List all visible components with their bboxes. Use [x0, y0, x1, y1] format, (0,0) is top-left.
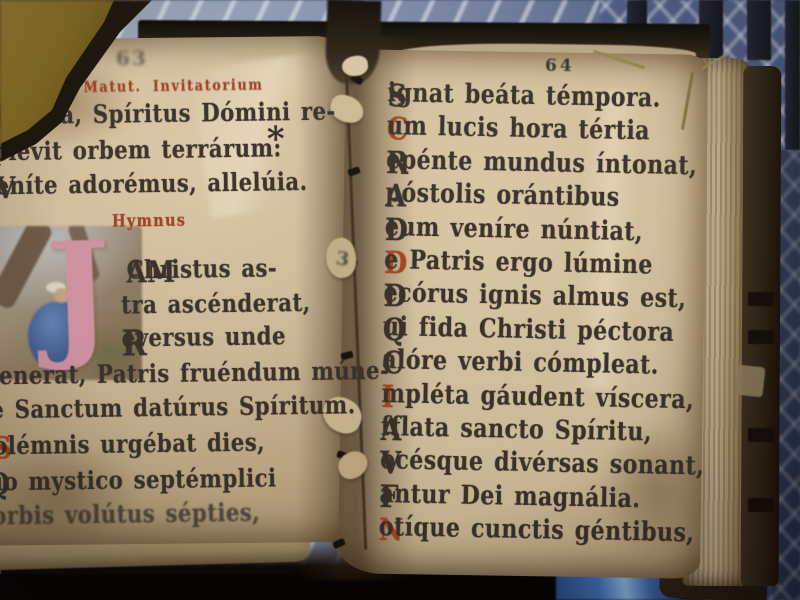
page-number-right: 64 [545, 56, 575, 76]
line-text: mpléta gáudent víscera, [381, 379, 694, 415]
line-text: eversus unde [121, 321, 286, 352]
line-text: olémnis urgébat dies, [0, 428, 265, 461]
line-text: póstolis orántibus [385, 178, 620, 213]
furniture-leg [747, 0, 771, 60]
line-text: e Patris ergo lúmine [384, 245, 653, 280]
line-text: alóre verbi cómpleat. [382, 345, 659, 381]
hymn-line: tra ascénderat, [121, 288, 311, 320]
hymn-line: venerat, Patris fruéndum múne- [0, 356, 389, 391]
photograph-open-antique-hymnal: J Ad Matut. Invitatorium Allelúia, Spíri… [0, 0, 800, 600]
line-text: eníte adorémus, allelúia. [0, 167, 308, 200]
furniture-leg [785, 0, 800, 150]
line-text: um lucis hora tértia [387, 111, 651, 146]
hymn-line: re Sanctum datúrus Spíritum. [0, 390, 356, 424]
cover-clasp [748, 292, 774, 306]
line-text: otíque cunctis géntibus, [379, 512, 695, 548]
line-text: eum veníre núntiat, [385, 212, 644, 247]
line-text: antur Dei magnália. [379, 479, 640, 514]
cover-tab [735, 365, 766, 398]
line-text: Christus as- [126, 253, 277, 284]
page-number-left: 63 [116, 46, 148, 70]
asterisk-mark: * [267, 119, 285, 159]
line-text: epénte mundus íntonat, [386, 145, 697, 181]
line-text: ecórus ignis almus est, [383, 278, 686, 314]
right-page-text: Signat beáta témpora. Cum lucis hora tér… [374, 74, 714, 581]
cover-clasp [748, 428, 774, 442]
line-text: ignat beáta témpora. [387, 78, 661, 113]
cover-clasp [748, 330, 774, 344]
cover-clasp [748, 498, 774, 512]
hymn-heading: Hymnus [112, 211, 186, 232]
line-text: ui fida Christi péctora [383, 312, 675, 348]
hymn-line: orbis volútus sépties, [0, 498, 260, 531]
line-text: océsque divérsas sonant, [380, 445, 705, 481]
line-text: uo mystico septémplici [0, 463, 277, 496]
line-text: fflata sancto Spíritu, [381, 412, 653, 447]
